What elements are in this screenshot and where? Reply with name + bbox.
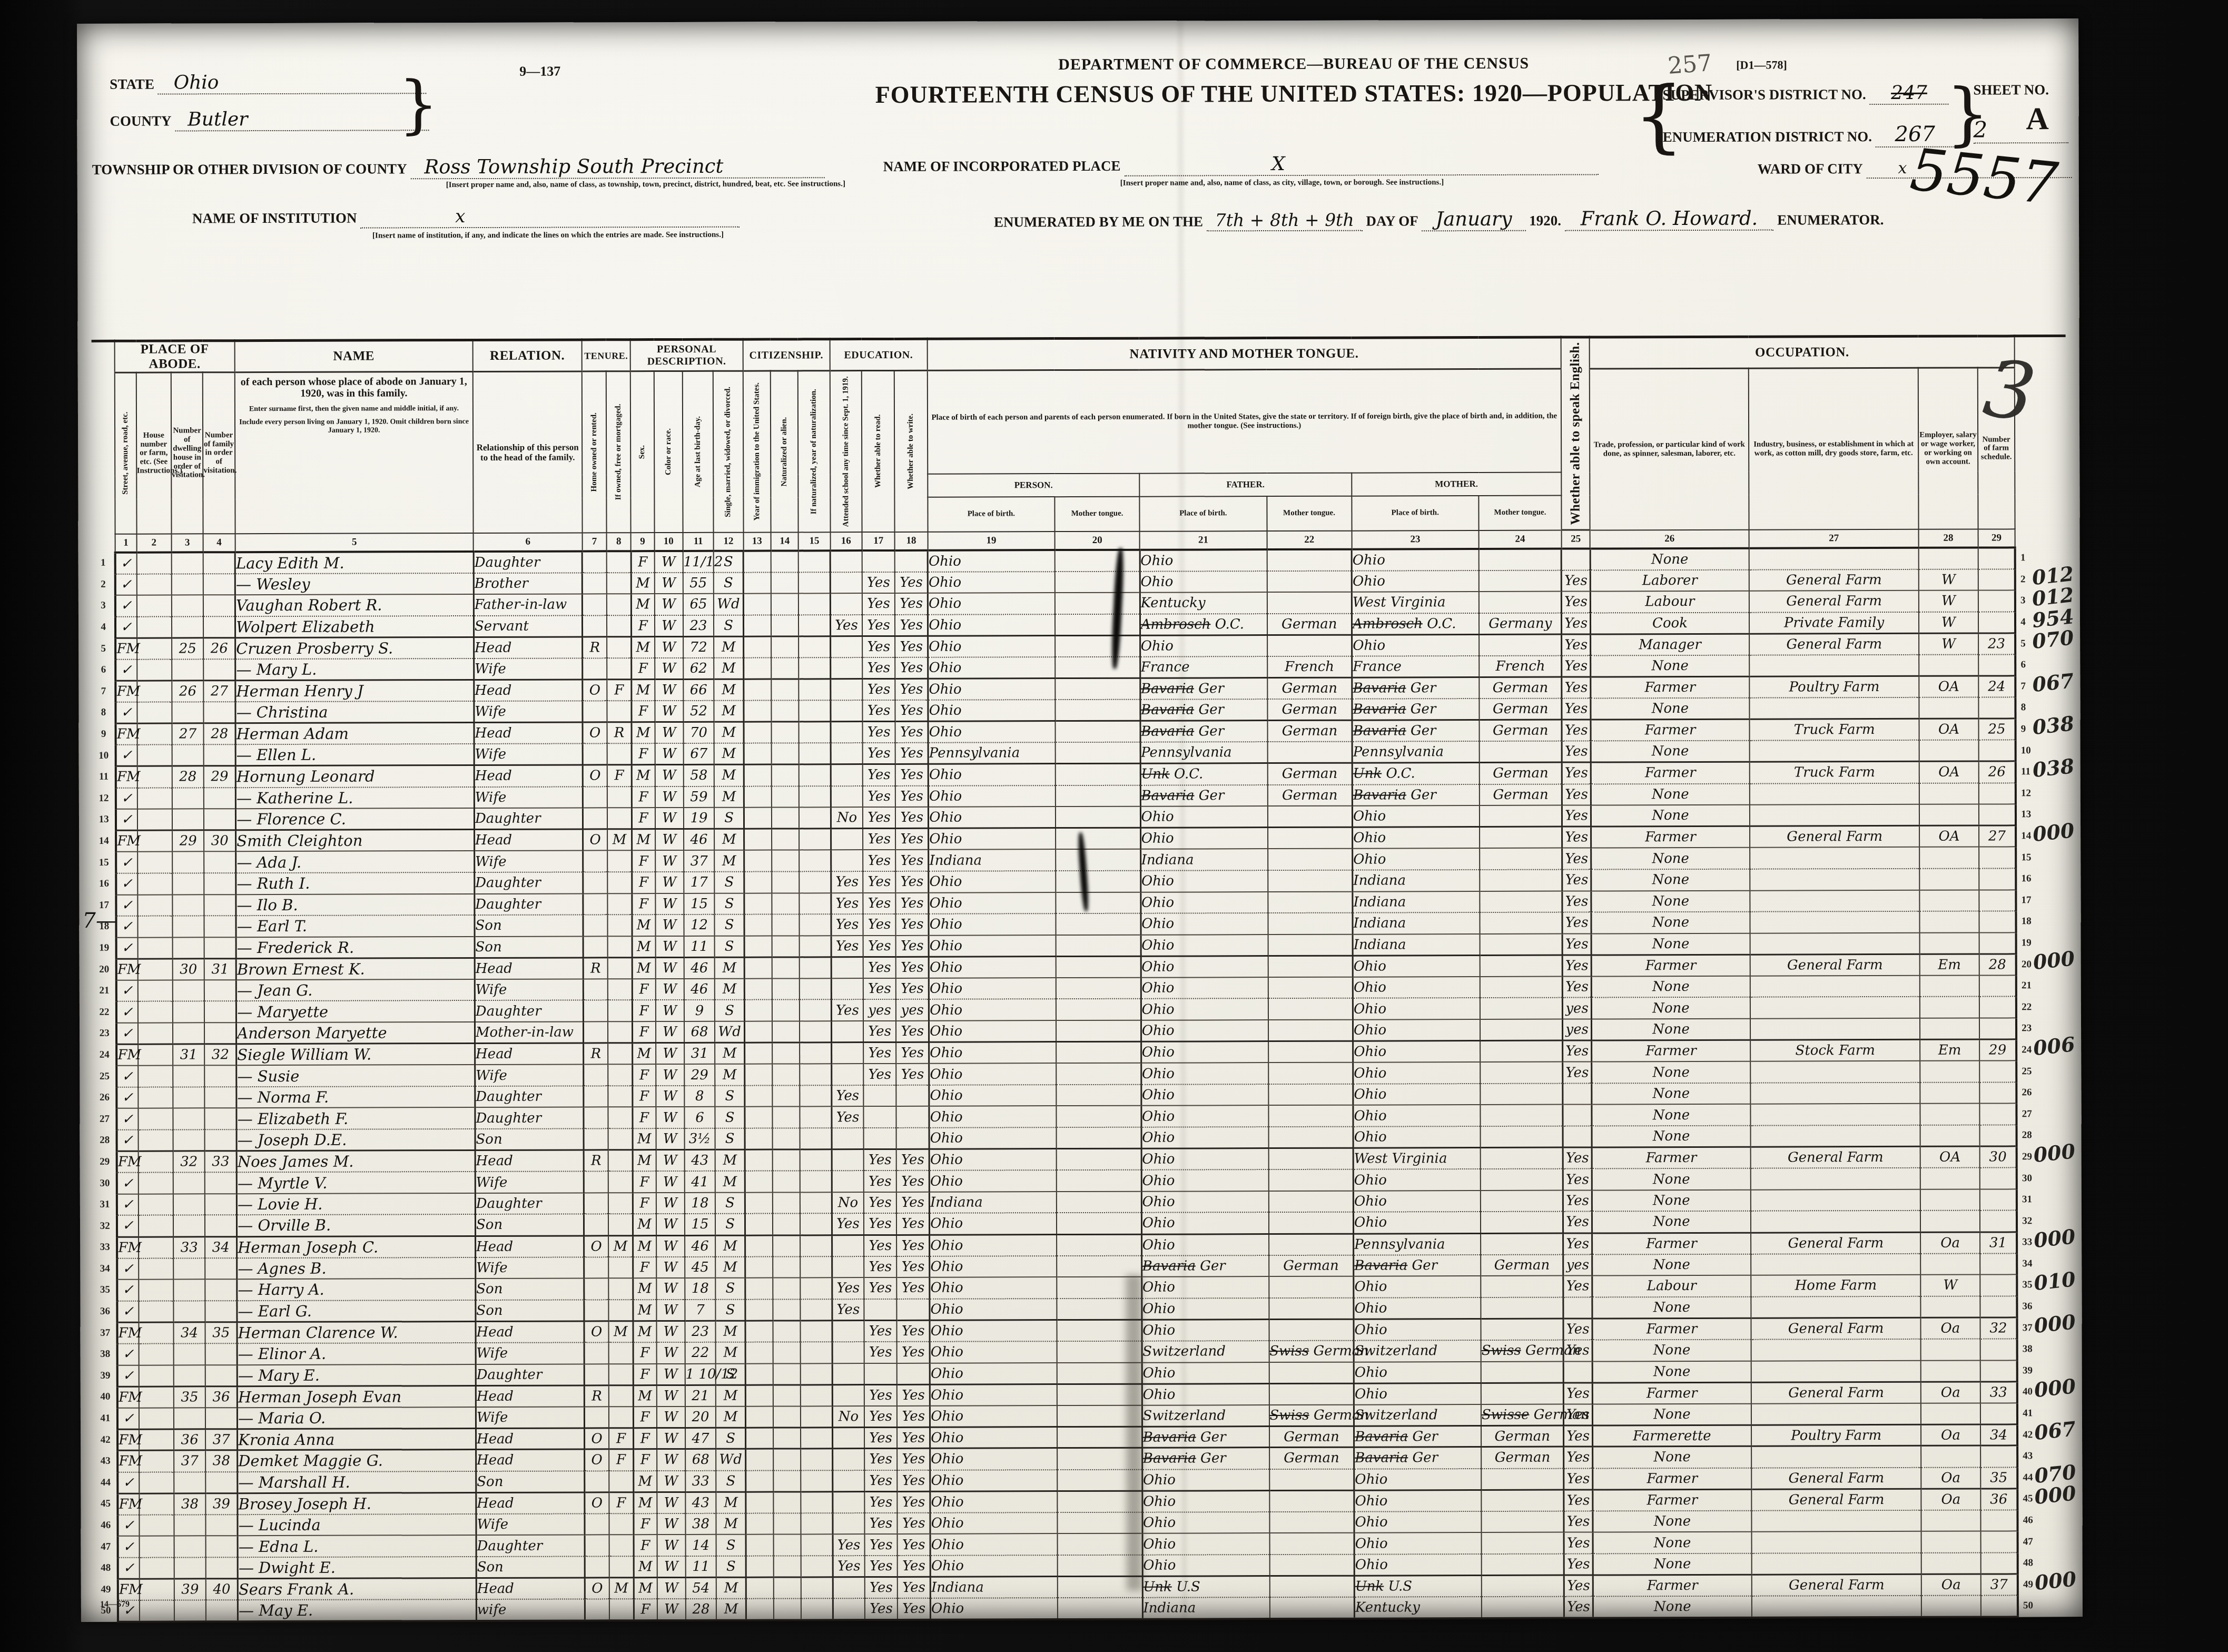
cell-line24-col9: M <box>632 1043 655 1065</box>
cell-line21-col1: ✓ <box>116 980 137 1002</box>
cell-line50-col4 <box>206 1600 238 1621</box>
cell-line8-col10: W <box>655 701 683 722</box>
cell-line17-col3 <box>172 894 204 916</box>
cell-line7-col11: 66 <box>683 679 714 701</box>
cell-line8-col3 <box>172 702 203 724</box>
cell-line43-col18: Yes <box>897 1449 930 1470</box>
col18-header: Whether able to write. <box>894 370 928 532</box>
group-nativity: NATIVITY AND MOTHER TONGUE. <box>927 337 1561 370</box>
cell-line8-col18: Yes <box>895 700 928 722</box>
cell-line24-col26: Farmer <box>1591 1040 1750 1061</box>
cell-line21-col20 <box>1056 978 1141 999</box>
cell-line37-col1: FM <box>117 1322 139 1344</box>
cell-line13-col7 <box>583 808 607 829</box>
cell-line32-col20 <box>1057 1213 1141 1234</box>
cell-line11-col8: F <box>607 765 632 786</box>
cell-line13-col17: Yes <box>863 807 895 829</box>
line-number-right: 9038 <box>2016 719 2067 740</box>
cell-line36-col1: ✓ <box>117 1301 139 1322</box>
cell-line24-col18: Yes <box>896 1042 929 1064</box>
cell-line23-col9: F <box>632 1021 655 1043</box>
cell-line38-col4 <box>205 1343 238 1365</box>
cell-line30-col3 <box>173 1173 205 1194</box>
line-number-left: 17 <box>93 894 116 916</box>
cell-line25-col1: ✓ <box>116 1066 137 1087</box>
cell-line22-col14 <box>772 1000 800 1021</box>
cell-line35-col26: Labour <box>1592 1275 1751 1297</box>
cell-line47-col24 <box>1482 1532 1564 1554</box>
cell-line50-col14 <box>774 1598 801 1620</box>
cell-line12-col9: F <box>632 786 655 808</box>
cell-line12-col28 <box>1919 783 1979 804</box>
cell-line16-col23: Indiana <box>1353 870 1480 891</box>
cell-line35-col7 <box>584 1279 608 1300</box>
cell-line9-col5: Herman Adam <box>235 723 474 745</box>
cell-line40-col15 <box>801 1384 832 1406</box>
cell-line2-col28: W <box>1919 569 1978 591</box>
cell-line9-col29: 25 <box>1978 719 2016 740</box>
cell-line47-col25: Yes <box>1564 1532 1593 1554</box>
cell-line40-col28: Oa <box>1921 1382 1980 1403</box>
cell-line26-col13 <box>745 1085 772 1107</box>
cell-line18-col25: Yes <box>1562 912 1591 934</box>
cell-line43-col16 <box>833 1449 864 1470</box>
cell-line19-col28 <box>1920 932 1979 954</box>
cell-line22-col19: Ohio <box>929 999 1057 1021</box>
cell-line11-col22: German <box>1267 763 1352 785</box>
cell-line35-col16: Yes <box>832 1277 864 1299</box>
cell-line3-col5: Vaughan Robert R. <box>235 594 474 616</box>
cell-line33-col17: Yes <box>864 1235 896 1256</box>
cell-line8-col25: Yes <box>1562 699 1590 720</box>
cell-line26-col17 <box>863 1085 896 1107</box>
cell-line34-col12: M <box>715 1256 745 1278</box>
cell-line35-col17: Yes <box>864 1277 896 1299</box>
cell-line6-col19: Ohio <box>928 657 1056 678</box>
cell-line4-col2 <box>136 616 171 638</box>
margin-note: 038 <box>2032 711 2076 739</box>
cell-line3-col11: 65 <box>683 594 714 615</box>
line-number-left: 13 <box>93 809 116 831</box>
line-number-left: 25 <box>93 1066 116 1087</box>
cell-line44-col15 <box>801 1470 832 1492</box>
cell-line32-col29 <box>1980 1211 2017 1232</box>
cell-line37-col5: Herman Clarence W. <box>237 1321 476 1343</box>
cell-line44-col9: M <box>633 1471 656 1492</box>
place-line: NAME OF INCORPORATED PLACE X <box>883 152 1599 177</box>
col3-header: Number of dwelling house in order of vis… <box>171 372 203 534</box>
cell-line16-col10: W <box>655 872 684 893</box>
cell-line15-col13 <box>744 850 772 872</box>
col4-header: Number of family in order of visitation. <box>203 372 235 534</box>
cell-line14-col24 <box>1480 827 1562 848</box>
cell-line38-col21: Switzerland <box>1142 1341 1269 1362</box>
cell-line39-col26: None <box>1592 1361 1751 1382</box>
line-number-left: 19 <box>93 937 116 959</box>
cell-line22-col22 <box>1268 998 1353 1020</box>
cell-line46-col23: Ohio <box>1354 1511 1482 1533</box>
cell-line47-col23: Ohio <box>1354 1532 1482 1554</box>
cell-line43-col15 <box>801 1449 832 1470</box>
cell-line44-col6: Son <box>476 1471 585 1492</box>
mother-mt-header: Mother tongue. <box>1478 495 1561 530</box>
cell-line34-col23: Bavaria Ger <box>1354 1255 1481 1276</box>
cell-line25-col15 <box>800 1064 831 1085</box>
line-number-left: 48 <box>95 1558 118 1579</box>
cell-line28-col11: 3½ <box>684 1128 715 1150</box>
colnum-16: 16 <box>830 532 862 551</box>
margin-note: 000 <box>2033 1374 2077 1402</box>
township-value: Ross Township South Precinct <box>410 154 824 179</box>
cell-line43-col23: Bavaria Ger <box>1354 1447 1482 1469</box>
cell-line12-col20 <box>1056 785 1140 807</box>
cell-line24-col19: Ohio <box>929 1042 1057 1064</box>
cell-line3-col2 <box>136 595 171 617</box>
cell-line20-col27: General Farm <box>1750 954 1920 976</box>
cell-line31-col28 <box>1920 1189 1980 1211</box>
cell-line37-col2 <box>139 1322 173 1344</box>
cell-line49-col2 <box>139 1579 174 1600</box>
cell-line29-col16 <box>832 1149 863 1171</box>
cell-line40-col27: General Farm <box>1751 1382 1921 1403</box>
cell-line39-col15 <box>801 1363 832 1385</box>
line-number-left: 37 <box>94 1322 117 1344</box>
cell-line37-col17: Yes <box>864 1320 896 1342</box>
census-table: PLACE OF ABODE. NAME RELATION. TENURE. P… <box>92 335 2069 1622</box>
cell-line31-col22 <box>1268 1191 1353 1212</box>
cell-line42-col17: Yes <box>864 1427 897 1449</box>
cell-line17-col28 <box>1919 890 1979 911</box>
cell-line43-col2 <box>139 1450 174 1472</box>
cell-line33-col9: M <box>633 1235 656 1257</box>
sheet-value: 2 <box>1974 116 2068 143</box>
cell-line14-col9: M <box>632 829 655 851</box>
cell-line25-col14 <box>772 1064 800 1086</box>
cell-line18-col8 <box>607 914 632 936</box>
cell-line47-col1: ✓ <box>118 1536 139 1558</box>
cell-line36-col12: S <box>716 1299 745 1321</box>
group-occupation: OCCUPATION. <box>1590 336 2015 369</box>
cell-line47-col3 <box>174 1536 205 1558</box>
cell-line47-col28 <box>1921 1531 1981 1553</box>
cell-line14-col6: Head <box>474 829 583 851</box>
cell-line12-col22: German <box>1267 784 1352 806</box>
cell-line28-col7 <box>584 1128 608 1150</box>
cell-line11-col16 <box>831 764 862 786</box>
cell-line41-col14 <box>773 1406 801 1428</box>
colnum-28: 28 <box>1919 529 1978 548</box>
cell-line35-col8 <box>608 1278 633 1300</box>
cell-line46-col3 <box>174 1515 205 1536</box>
cell-line15-col6: Wife <box>475 851 583 872</box>
cell-line48-col8 <box>609 1556 634 1578</box>
cell-line50-col13 <box>746 1599 773 1620</box>
cell-line45-col27: General Farm <box>1751 1489 1921 1510</box>
cell-line2-col27: General Farm <box>1749 569 1919 591</box>
cell-line6-col8 <box>607 658 631 680</box>
cell-line13-col13 <box>744 808 771 829</box>
cell-line11-col5: Hornung Leonard <box>235 765 474 788</box>
cell-line1-col22 <box>1267 549 1352 571</box>
cell-line47-col26: None <box>1593 1532 1752 1553</box>
cell-line49-col7: O <box>585 1578 609 1599</box>
cell-line25-col17: Yes <box>863 1064 896 1085</box>
institution-value: x <box>360 205 740 229</box>
cell-line50-col27 <box>1752 1596 1921 1617</box>
cell-line48-col25: Yes <box>1564 1553 1593 1575</box>
cell-line36-col15 <box>801 1299 832 1321</box>
cell-line27-col20 <box>1057 1106 1141 1127</box>
cell-line4-col13 <box>744 615 771 636</box>
cell-line18-col10: W <box>655 914 684 936</box>
cell-line32-col27 <box>1751 1211 1920 1232</box>
cell-line41-col11: 20 <box>685 1407 716 1428</box>
cell-line8-col29 <box>1978 697 2016 719</box>
cell-line15-col15 <box>799 850 831 872</box>
cell-line33-col12: M <box>715 1235 745 1257</box>
cell-line19-col15 <box>800 936 831 957</box>
cell-line46-col27 <box>1752 1510 1921 1532</box>
line-number-left: 47 <box>95 1536 118 1558</box>
cell-line50-col18: Yes <box>898 1598 930 1620</box>
cell-line11-col21: Unk O.C. <box>1140 763 1268 785</box>
cell-line4-col1: ✓ <box>115 616 136 638</box>
cell-line4-col24: Germany <box>1479 613 1562 634</box>
cell-line28-col17 <box>863 1128 896 1149</box>
cell-line31-col24 <box>1481 1190 1563 1212</box>
cell-line16-col27 <box>1750 869 1919 890</box>
cell-line7-col14 <box>771 679 798 701</box>
cell-line23-col28 <box>1920 1018 1979 1040</box>
cell-line39-col7 <box>584 1364 608 1385</box>
cell-line19-col20 <box>1056 935 1141 956</box>
colnum-17: 17 <box>862 532 894 550</box>
cell-line33-col20 <box>1057 1234 1141 1256</box>
col11-header: Age at last birth-day. <box>683 371 714 532</box>
cell-line16-col8 <box>607 872 632 893</box>
cell-line35-col14 <box>773 1278 800 1300</box>
cell-line29-col1: FM <box>117 1151 138 1173</box>
cell-line11-col3: 28 <box>172 766 204 788</box>
cell-line13-col15 <box>799 807 831 829</box>
cell-line17-col5: — Ilo B. <box>236 894 475 916</box>
cell-line49-col3: 39 <box>174 1579 206 1600</box>
cell-line9-col15 <box>799 722 831 743</box>
cell-line22-col16: Yes <box>831 1000 863 1021</box>
cell-line48-col22 <box>1269 1555 1354 1576</box>
cell-line17-col6: Daughter <box>475 893 583 915</box>
line-number-right: 5070 <box>2015 633 2066 654</box>
cell-line22-col2 <box>137 1001 172 1023</box>
cell-line9-col11: 70 <box>683 722 714 744</box>
cell-line35-col25: Yes <box>1563 1276 1592 1297</box>
line-number-right: 12 <box>2016 783 2067 804</box>
cell-line48-col3 <box>174 1557 206 1579</box>
cell-line3-col14 <box>771 594 798 615</box>
cell-line32-col3 <box>173 1215 205 1237</box>
cell-line5-col11: 72 <box>683 636 714 658</box>
cell-line26-col11: 8 <box>684 1086 715 1107</box>
cell-line6-col16 <box>831 657 862 679</box>
cell-line26-col6: Daughter <box>475 1086 584 1107</box>
line-number-right: 33000 <box>2017 1232 2068 1253</box>
cell-line2-col11: 55 <box>683 572 714 594</box>
line-number-right: 35010 <box>2017 1274 2068 1296</box>
cell-line31-col6: Daughter <box>475 1193 584 1214</box>
cell-line25-col22 <box>1268 1063 1353 1084</box>
cell-line12-col10: W <box>655 786 683 808</box>
cell-line14-col5: Smith Cleighton <box>236 830 475 852</box>
cell-line31-col8 <box>608 1193 633 1214</box>
cell-line50-col10: W <box>657 1599 685 1620</box>
cell-line27-col22 <box>1268 1105 1353 1127</box>
cell-line42-col6: Head <box>476 1428 584 1450</box>
cell-line14-col29: 27 <box>1979 825 2016 847</box>
cell-line34-col7 <box>584 1257 608 1279</box>
cell-line19-col27 <box>1750 933 1920 955</box>
cell-line23-col15 <box>800 1021 831 1043</box>
cell-line8-col17: Yes <box>862 700 895 722</box>
cell-line41-col8 <box>609 1407 633 1428</box>
margin-note: 000 <box>2033 1224 2077 1252</box>
col10-header: Color or race. <box>654 371 683 532</box>
cell-line19-col3 <box>172 937 204 959</box>
cell-line34-col25: yes <box>1563 1254 1592 1276</box>
cell-line39-col10: W <box>656 1364 685 1385</box>
cell-line27-col27 <box>1751 1104 1920 1125</box>
cell-line1-col4 <box>203 552 235 574</box>
cell-line37-col6: Head <box>476 1321 584 1343</box>
cell-line45-col18: Yes <box>898 1491 930 1513</box>
cell-line47-col10: W <box>657 1535 685 1556</box>
cell-line10-col23: Pennsylvania <box>1352 741 1480 763</box>
cell-line5-col17: Yes <box>862 636 895 657</box>
cell-line29-col29: 30 <box>1979 1146 2017 1168</box>
cell-line25-col16 <box>832 1064 863 1085</box>
cell-line9-col12: M <box>714 722 744 743</box>
cell-line49-col26: Farmer <box>1593 1575 1752 1596</box>
cell-line48-col1: ✓ <box>118 1558 139 1579</box>
cell-line29-col18: Yes <box>896 1149 929 1171</box>
cell-line3-col20 <box>1055 593 1140 614</box>
cell-line21-col21: Ohio <box>1141 977 1268 999</box>
cell-line18-col29 <box>1979 911 2016 932</box>
cell-line40-col25: Yes <box>1564 1383 1592 1404</box>
cell-line21-col2 <box>137 980 172 1001</box>
cell-line13-col12: S <box>714 808 744 829</box>
cell-line27-col28 <box>1920 1104 1979 1125</box>
cell-line5-col24 <box>1479 634 1562 656</box>
group-personal: PERSONAL DESCRIPTION. <box>630 339 743 371</box>
cell-line16-col29 <box>1979 868 2016 890</box>
cell-line15-col17: Yes <box>863 850 895 871</box>
cell-line33-col1: FM <box>117 1237 138 1258</box>
cell-line2-col26: Laborer <box>1590 569 1749 591</box>
cell-line19-col11: 11 <box>684 936 714 958</box>
col8-header: If owned, free or mortgaged. <box>606 371 631 533</box>
cell-line39-col11: 1 10/12 <box>685 1363 716 1385</box>
cell-line27-col23: Ohio <box>1353 1105 1481 1126</box>
cell-line6-col26: None <box>1590 655 1749 677</box>
cell-line17-col23: Indiana <box>1353 891 1480 913</box>
cell-line29-col22 <box>1268 1148 1353 1169</box>
cell-line28-col21: Ohio <box>1141 1127 1269 1148</box>
cell-line17-col1: ✓ <box>116 894 137 916</box>
cell-line25-col23: Ohio <box>1353 1062 1481 1084</box>
cell-line13-col14 <box>772 808 799 829</box>
colnum-14: 14 <box>771 532 798 551</box>
cell-line33-col15 <box>800 1235 832 1256</box>
cell-line36-col7 <box>584 1300 608 1321</box>
cell-line27-col13 <box>745 1107 772 1128</box>
cell-line31-col3 <box>173 1194 205 1215</box>
cell-line50-col7 <box>585 1599 609 1620</box>
cell-line16-col1: ✓ <box>116 873 137 895</box>
cell-line26-col27 <box>1750 1083 1920 1104</box>
cell-line48-col2 <box>139 1557 174 1579</box>
cell-line35-col28: W <box>1920 1275 1980 1296</box>
cell-line38-col13 <box>745 1342 773 1363</box>
cell-line8-col2 <box>137 702 172 724</box>
cell-line1-col27 <box>1749 548 1919 569</box>
cell-line25-col2 <box>138 1066 173 1087</box>
cell-line22-col15 <box>800 1000 831 1021</box>
cell-line26-col25 <box>1563 1083 1591 1105</box>
cell-line46-col6: Wife <box>476 1513 585 1535</box>
cell-line34-col6: Wife <box>476 1257 584 1279</box>
cell-line41-col22: Swiss German <box>1269 1404 1354 1426</box>
cell-line32-col24 <box>1481 1212 1563 1233</box>
cell-line9-col25: Yes <box>1562 720 1590 741</box>
cell-line18-col20 <box>1056 913 1141 935</box>
cell-line32-col17: Yes <box>864 1213 896 1235</box>
col29-header: Number of farm schedule. <box>1978 368 2015 529</box>
cell-line15-col9: F <box>632 850 655 872</box>
table-row: 50✓— May E.wifeFW28MYesYesOhioIndianaKen… <box>95 1595 2069 1621</box>
enumerated-line: ENUMERATED BY ME ON THE 7th + 8th + 9th … <box>994 206 1884 231</box>
cell-line26-col14 <box>772 1085 800 1107</box>
cell-line39-col28 <box>1921 1360 1980 1382</box>
cell-line17-col7 <box>583 893 607 915</box>
cell-line3-col7 <box>583 594 607 616</box>
margin-note: 000 <box>2033 1481 2077 1509</box>
cell-line20-col10: W <box>655 957 684 979</box>
line-number-left: 46 <box>94 1515 117 1537</box>
enumerator-label: ENUMERATOR. <box>1777 212 1884 228</box>
line-number-left: 9 <box>93 724 116 745</box>
cell-line8-col13 <box>744 701 771 722</box>
cell-line22-col4 <box>204 1001 236 1023</box>
cell-line21-col24 <box>1480 976 1563 998</box>
cell-line15-col23: Ohio <box>1353 848 1480 870</box>
line-number-right: 20000 <box>2016 953 2067 975</box>
cell-line30-col4 <box>205 1172 237 1194</box>
cell-line16-col25: Yes <box>1562 869 1591 891</box>
cell-line25-col3 <box>173 1066 204 1087</box>
cell-line5-col12: M <box>714 636 743 658</box>
cell-line18-col16: Yes <box>831 914 863 936</box>
cell-line18-col15 <box>800 914 831 936</box>
cell-line39-col19: Ohio <box>930 1363 1057 1384</box>
cell-line38-col18: Yes <box>897 1342 930 1363</box>
cell-line12-col24: German <box>1480 784 1562 805</box>
cell-line27-col9: F <box>633 1107 656 1129</box>
cell-line37-col22 <box>1269 1319 1354 1341</box>
name-desc-3: Include every person living on January 1… <box>235 418 473 435</box>
cell-line31-col20 <box>1057 1192 1141 1213</box>
cell-line31-col15 <box>800 1192 832 1214</box>
cell-line49-col11: 54 <box>686 1577 716 1599</box>
